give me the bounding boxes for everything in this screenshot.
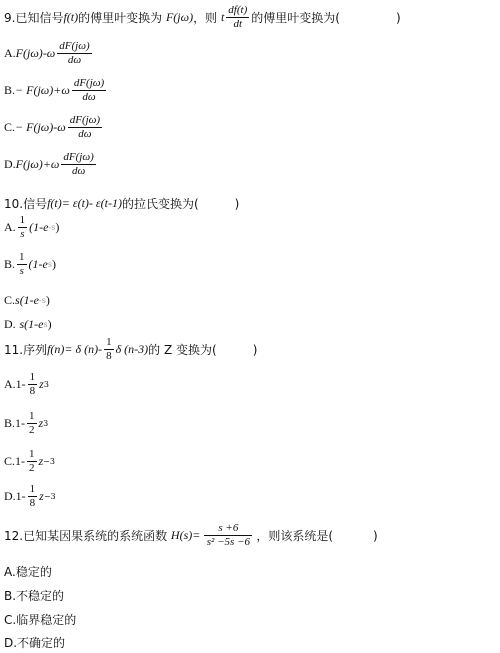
q9-close: ) [396, 11, 401, 25]
fraction-denominator: s² −5s −6 [205, 536, 252, 549]
q12-option-c: C.临界稳定的 [4, 611, 76, 628]
option-fraction: dF(jω) dω [57, 40, 91, 67]
option-body: (1-e [29, 220, 48, 235]
option-body: (1-e [20, 293, 39, 308]
option-label: A. [4, 46, 16, 61]
q12-option-b: B.不稳定的 [4, 587, 64, 604]
fraction-denominator: dω [76, 128, 93, 141]
option-lead: F(jω) [16, 46, 43, 61]
q10-prefix: 10.信号 [4, 195, 47, 212]
fraction-numerator: s +6 [204, 522, 252, 536]
q9-F: F(jω) [166, 10, 193, 25]
question-10-stem: 10.信号 f(t)= ε(t)- ε(t-1) 的拉氏变换为( ) [4, 195, 239, 212]
option-fraction: dF(jω) dω [68, 114, 102, 141]
question-9-stem: 9.已知信号 f(t) 的傅里叶变换为 F(jω) ，则 t df(t) dt … [4, 4, 401, 31]
option-exponent: −3 [44, 492, 56, 501]
fraction-numerator: 1 [104, 336, 114, 350]
q11-option-c: C.1- 1 2 z−3 [4, 448, 55, 475]
q11-prefix: 11.序列 [4, 341, 47, 358]
q10-option-d: D. s (1-es) [4, 317, 52, 332]
option-label: D.1- [4, 489, 26, 504]
option-fraction: dF(jω) dω [61, 151, 95, 178]
option-operator: -ω [43, 46, 55, 61]
q9-mid: 的傅里叶变换为 [78, 9, 162, 26]
q11-close: ) [253, 343, 258, 357]
fraction-denominator: s [18, 265, 26, 278]
q9-option-c: C. − F(jω) -ω dF(jω) dω [4, 114, 104, 141]
option-label: B.1- [4, 416, 25, 431]
q9-f: f(t) [63, 10, 78, 25]
fraction-numerator: dF(jω) [61, 151, 95, 165]
q9-prefix: 9.已知信号 [4, 9, 63, 26]
question-12-stem: 12.已知某因果系统的系统函数 H(s)= s +6 s² −5s −6 ，则该… [4, 522, 378, 549]
option-fraction: 1 s [18, 214, 28, 241]
fraction-denominator: dω [66, 54, 83, 67]
fraction-numerator: df(t) [226, 4, 249, 18]
fraction-denominator: s [18, 228, 26, 241]
q11-option-b: B.1- 1 2 z3 [4, 410, 48, 437]
q12-close: ) [373, 529, 378, 543]
q10-option-c: C. s (1-e-s) [4, 293, 50, 308]
q10-option-b: B. 1 s (1-es) [4, 251, 56, 278]
q11-stem-fraction: 1 8 [104, 336, 114, 363]
option-label: B. [4, 257, 15, 272]
q10-expression: f(t)= ε(t)- ε(t-1) [47, 196, 122, 211]
option-fraction: 1 2 [27, 448, 37, 475]
q10-close: ) [235, 197, 240, 211]
q12-suffix: ，则该系统是( [256, 527, 333, 544]
fraction-denominator: 8 [104, 350, 114, 363]
option-label: B. [4, 83, 15, 98]
q12-transfer-function: H(s)= [171, 528, 200, 543]
option-label: A.1- [4, 377, 26, 392]
fraction-denominator: 2 [27, 462, 37, 475]
option-lead: F(jω) [16, 157, 43, 172]
option-label: A. [4, 220, 16, 235]
option-fraction: 1 s [17, 251, 27, 278]
option-tail: ) [48, 317, 52, 332]
option-tail: ) [55, 220, 59, 235]
option-operator: -ω [53, 120, 65, 135]
q11-option-d: D.1- 1 8 z−3 [4, 483, 56, 510]
q9-suffix: 的傅里叶变换为( [251, 9, 340, 26]
option-lead: − F(jω) [15, 83, 53, 98]
option-fraction: 1 8 [28, 483, 38, 510]
fraction-numerator: 1 [27, 410, 37, 424]
fraction-denominator: dω [80, 91, 97, 104]
fraction-denominator: 2 [27, 424, 37, 437]
fraction-numerator: 1 [28, 483, 38, 497]
option-fraction: 1 2 [27, 410, 37, 437]
fraction-denominator: dt [231, 18, 244, 31]
option-operator: +ω [43, 157, 60, 172]
q9-t: t [221, 10, 224, 25]
option-lead: − F(jω) [15, 120, 53, 135]
option-label: C. [4, 293, 15, 308]
q12-option-d: D.不确定的 [4, 634, 65, 651]
fraction-numerator: 1 [18, 214, 28, 228]
q9-comma: ，则 [193, 9, 217, 26]
fraction-denominator: dω [70, 165, 87, 178]
fraction-numerator: 1 [27, 448, 37, 462]
q10-suffix: 的拉氏变换为( [122, 195, 199, 212]
q12-stem-fraction: s +6 s² −5s −6 [204, 522, 252, 549]
fraction-denominator: 8 [28, 385, 38, 398]
option-operator: +ω [53, 83, 70, 98]
question-11-stem: 11.序列 f(n)= δ (n)- 1 8 δ (n-3) 的 Z 变换为( … [4, 336, 257, 363]
q9-option-a: A. F(jω) -ω dF(jω) dω [4, 40, 94, 67]
option-fraction: dF(jω) dω [72, 77, 106, 104]
fraction-numerator: 1 [17, 251, 27, 265]
option-label: D. [4, 157, 16, 172]
q11-expression-a: f(n)= δ (n)- [47, 342, 102, 357]
q9-stem-fraction: df(t) dt [226, 4, 249, 31]
option-exponent: 3 [44, 380, 49, 389]
q12-prefix: 12.已知某因果系统的系统函数 [4, 527, 167, 544]
option-label: C.1- [4, 454, 25, 469]
q9-option-d: D. F(jω) +ω dF(jω) dω [4, 151, 98, 178]
option-tail: ) [46, 293, 50, 308]
option-exponent: -s [49, 223, 56, 232]
q11-suffix: 的 Z 变换为( [148, 341, 217, 358]
option-label: D. [4, 317, 16, 332]
q12-option-a: A.稳定的 [4, 563, 52, 580]
fraction-denominator: 8 [28, 497, 38, 510]
q10-option-a: A. 1 s (1-e-s) [4, 214, 59, 241]
option-label: C. [4, 120, 15, 135]
option-body: (1-e [29, 257, 48, 272]
q9-option-b: B. − F(jω) +ω dF(jω) dω [4, 77, 108, 104]
option-body: (1-e [24, 317, 43, 332]
fraction-numerator: dF(jω) [68, 114, 102, 128]
fraction-numerator: dF(jω) [57, 40, 91, 54]
option-exponent: −3 [43, 457, 55, 466]
option-exponent: 3 [43, 419, 48, 428]
option-fraction: 1 8 [28, 371, 38, 398]
q11-expression-b: δ (n-3) [116, 342, 149, 357]
option-tail: ) [52, 257, 56, 272]
fraction-numerator: 1 [28, 371, 38, 385]
option-exponent: -s [39, 296, 46, 305]
q11-option-a: A.1- 1 8 z3 [4, 371, 49, 398]
fraction-numerator: dF(jω) [72, 77, 106, 91]
